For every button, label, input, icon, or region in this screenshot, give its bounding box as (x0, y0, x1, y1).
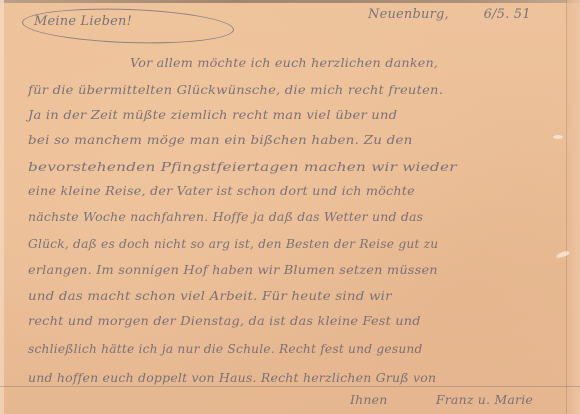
place-name: Neuenburg, (368, 7, 449, 22)
card-top-edge (0, 0, 580, 3)
body-line: recht und morgen der Dienstag, da ist da… (28, 313, 421, 328)
closing-word: Ihnen (350, 392, 388, 407)
body-line: bevorstehenden Pfingstfeiertagen machen … (28, 159, 457, 174)
date: 6/5. 51 (484, 7, 531, 22)
salutation: Meine Lieben! (34, 14, 132, 29)
body-line: erlangen. Im sonnigen Hof haben wir Blum… (28, 262, 438, 277)
body-line: und hoffen euch doppelt von Haus. Recht … (28, 370, 436, 385)
postcard: Meine Lieben! Neuenburg, 6/5. 51 Vor all… (0, 0, 580, 414)
signer-names: Franz u. Marie (436, 392, 533, 407)
body-line: Vor allem möchte ich euch herzlichen dan… (130, 55, 438, 70)
body-line: nächste Woche nachfahren. Hoffe ja daß d… (28, 209, 423, 224)
body-line: für die übermittelten Glückwünsche, die … (28, 82, 443, 97)
signature: Ihnen Franz u. Marie (350, 392, 533, 407)
paper-crease-mark (553, 135, 563, 139)
body-line: Glück, daß es doch nicht so arg ist, den… (28, 236, 438, 251)
card-right-margin (567, 0, 580, 414)
place-date: Neuenburg, 6/5. 51 (368, 7, 531, 22)
body-line: eine kleine Reise, der Vater ist schon d… (28, 183, 415, 198)
card-left-edge (0, 0, 4, 414)
card-fold-line (566, 0, 567, 414)
body-line: und das macht schon viel Arbeit. Für heu… (28, 288, 392, 303)
body-line: schließlich hätte ich ja nur die Schule.… (28, 341, 423, 356)
bottom-rule-line (0, 386, 580, 387)
body-line: bei so manchem möge man ein bißchen habe… (28, 132, 413, 147)
body-line: Ja in der Zeit müßte ziemlich recht man … (28, 107, 397, 122)
